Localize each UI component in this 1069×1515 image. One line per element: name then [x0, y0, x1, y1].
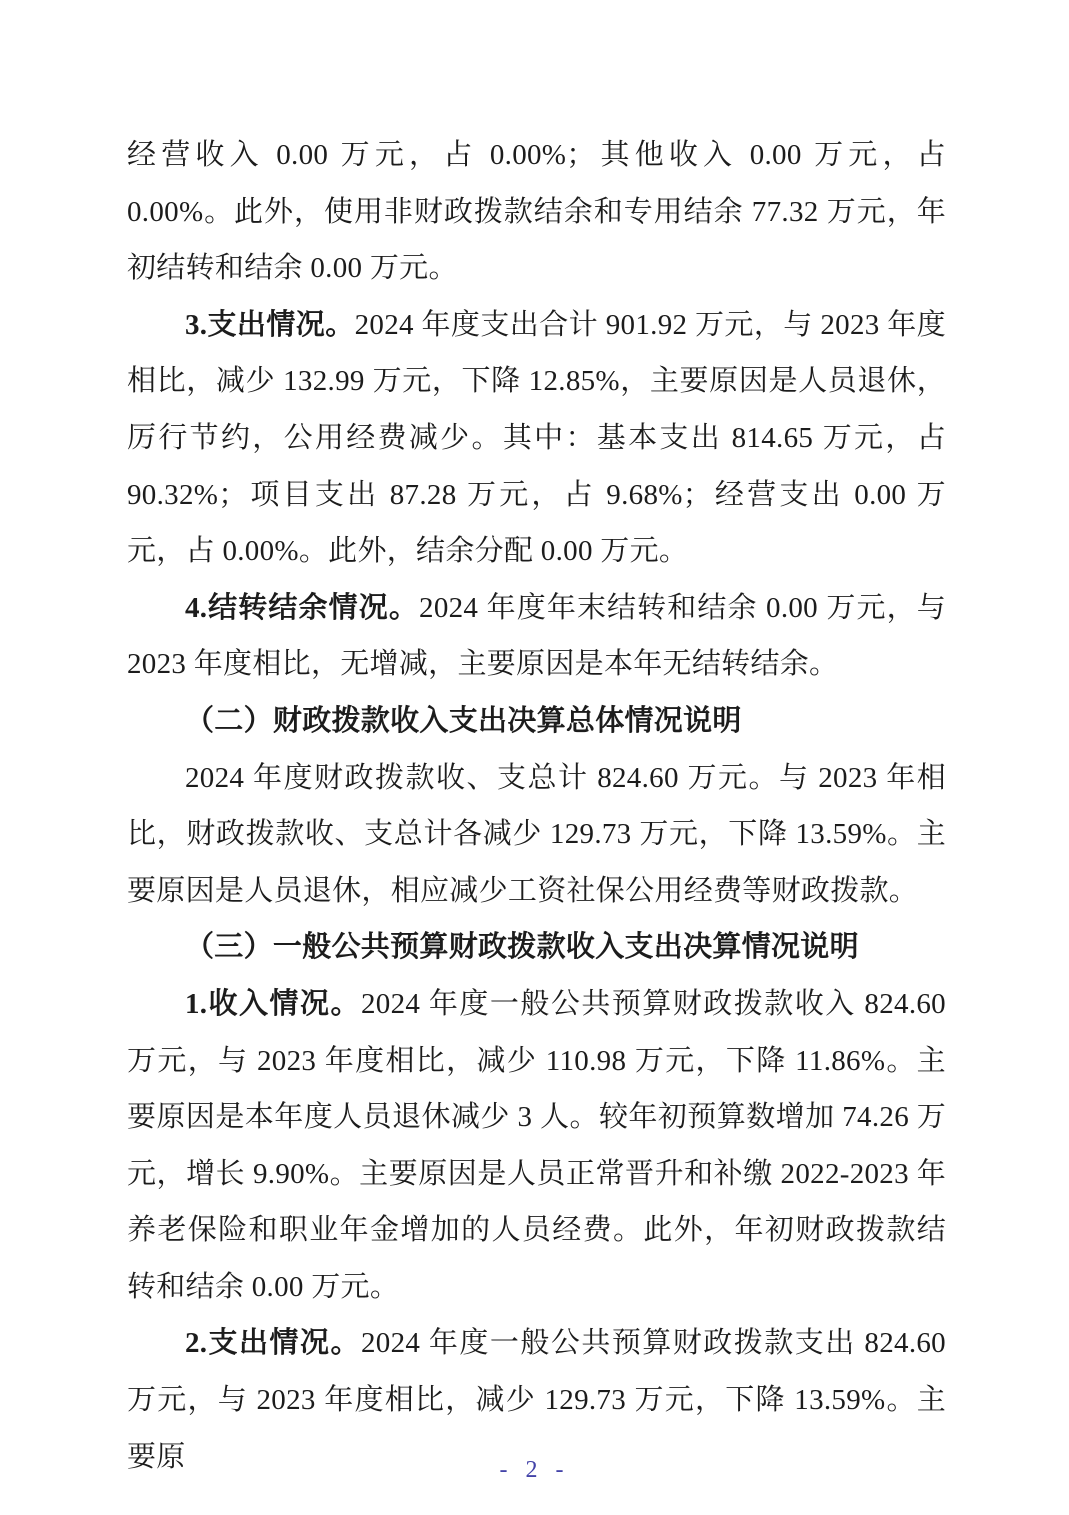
paragraph-carryover-surplus: 4.结转结余情况。2024 年度年末结转和结余 0.00 万元，与 2023 年…: [127, 580, 946, 693]
paragraph-text: 2024 年度支出合计 901.92 万元，与 2023 年度相比，减少 132…: [127, 309, 946, 567]
document-page: 经营收入 0.00 万元，占 0.00%；其他收入 0.00 万元，占 0.00…: [0, 0, 1069, 1515]
section-heading-3: （三）一般公共预算财政拨款收入支出决算情况说明: [127, 919, 946, 976]
section-heading-text: （二）财政拨款收入支出决算总体情况说明: [185, 705, 742, 737]
paragraph-text: 2024 年度财政拨款收、支总计 824.60 万元。与 2023 年相比，财政…: [127, 762, 946, 907]
paragraph-income-continued: 经营收入 0.00 万元，占 0.00%；其他收入 0.00 万元，占 0.00…: [127, 127, 946, 297]
section-heading-text: （三）一般公共预算财政拨款收入支出决算情况说明: [185, 931, 859, 963]
run-in-heading: 3.支出情况。: [185, 309, 355, 341]
paragraph-general-budget-income: 1.收入情况。2024 年度一般公共预算财政拨款收入 824.60 万元，与 2…: [127, 976, 946, 1316]
run-in-heading: 1.收入情况。: [185, 988, 361, 1020]
document-body: 经营收入 0.00 万元，占 0.00%；其他收入 0.00 万元，占 0.00…: [127, 127, 946, 1485]
paragraph-expenditure-overview: 3.支出情况。2024 年度支出合计 901.92 万元，与 2023 年度相比…: [127, 297, 946, 580]
section-heading-2: （二）财政拨款收入支出决算总体情况说明: [127, 693, 946, 750]
paragraph-fiscal-appropriation-total: 2024 年度财政拨款收、支总计 824.60 万元。与 2023 年相比，财政…: [127, 750, 946, 920]
paragraph-text: 2024 年度一般公共预算财政拨款收入 824.60 万元，与 2023 年度相…: [127, 988, 946, 1303]
page-footer: - 2 -: [0, 1455, 1069, 1485]
page-number: - 2 -: [500, 1457, 570, 1483]
run-in-heading: 4.结转结余情况。: [185, 592, 419, 624]
run-in-heading: 2.支出情况。: [185, 1327, 361, 1359]
paragraph-text: 经营收入 0.00 万元，占 0.00%；其他收入 0.00 万元，占 0.00…: [127, 139, 946, 284]
